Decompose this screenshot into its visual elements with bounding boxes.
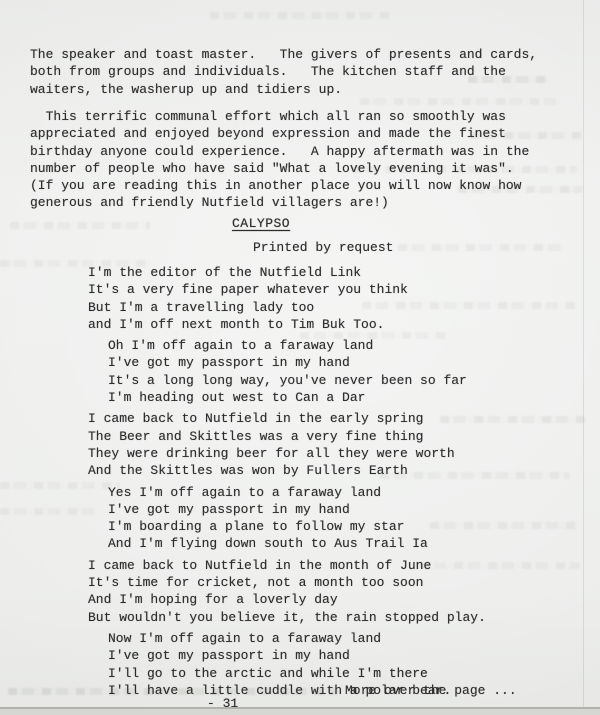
poem-stanza-verse: I came back to Nutfield in the early spr… [88, 410, 486, 479]
poem-stanza-chorus: Oh I'm off again to a faraway landI've g… [108, 337, 486, 406]
poem: I'm the editor of the Nutfield LinkIt's … [88, 264, 486, 699]
paragraph-line: appreciated and enjoyed beyond expressio… [30, 125, 529, 142]
paragraph-opening: The speaker and toast master. The givers… [30, 46, 537, 98]
footer-note: More over the page ... [345, 683, 517, 698]
poem-line: And I'm flying down south to Aus Trail I… [108, 535, 486, 552]
bleedthrough-smudge [360, 98, 560, 105]
bleedthrough-smudge [0, 508, 100, 515]
bleedthrough-smudge [210, 12, 390, 19]
poem-line: I came back to Nutfield in the month of … [88, 557, 486, 574]
paragraph-line: both from groups and individuals. The ki… [30, 63, 537, 80]
poem-line: I'll go to the arctic and while I'm ther… [108, 665, 486, 682]
poem-stanza-chorus: Yes I'm off again to a faraway landI've … [108, 484, 486, 553]
poem-line: I'm boarding a plane to follow my star [108, 518, 486, 535]
paragraph-line: generous and friendly Nutfield villagers… [30, 194, 529, 211]
poem-line: The Beer and Skittles was a very fine th… [88, 428, 486, 445]
poem-line: and I'm off next month to Tim Buk Too. [88, 316, 486, 333]
scanned-page: The speaker and toast master. The givers… [0, 0, 600, 715]
poem-line: And I'm hoping for a loverly day [88, 591, 486, 608]
poem-line: But I'm a travelling lady too [88, 299, 486, 316]
bleedthrough-smudge [10, 222, 150, 229]
bleedthrough-smudge [398, 244, 563, 251]
poem-line: I've got my passport in my hand [108, 354, 486, 371]
paragraph-communal-effort: This terrific communal effort which all … [30, 108, 529, 212]
paragraph-line: number of people who have said "What a l… [30, 160, 529, 177]
poem-stanza-verse: I'm the editor of the Nutfield LinkIt's … [88, 264, 486, 333]
poem-line: I came back to Nutfield in the early spr… [88, 410, 486, 427]
paragraph-line: (If you are reading this in another plac… [30, 177, 529, 194]
poem-line: Yes I'm off again to a faraway land [108, 484, 486, 501]
paragraph-line: waiters, the washerup up and tidiers up. [30, 81, 537, 98]
poem-line: I'm the editor of the Nutfield Link [88, 264, 486, 281]
poem-line: They were drinking beer for all they wer… [88, 445, 486, 462]
poem-stanza-verse: I came back to Nutfield in the month of … [88, 557, 486, 626]
poem-line: I've got my passport in my hand [108, 647, 486, 664]
page-bottom-edge [0, 707, 600, 715]
poem-line: Oh I'm off again to a faraway land [108, 337, 486, 354]
poem-line: I'm heading out west to Can a Dar [108, 389, 486, 406]
page-fold-line [583, 0, 584, 707]
section-heading: CALYPSO [232, 216, 290, 231]
poem-line: Now I'm off again to a faraway land [108, 630, 486, 647]
poem-line: It's a very fine paper whatever you thin… [88, 281, 486, 298]
paragraph-line: birthday anyone could experience. A happ… [30, 143, 529, 160]
poem-line: And the Skittles was won by Fullers Eart… [88, 462, 486, 479]
section-subheading: Printed by request [253, 240, 393, 255]
poem-line: It's a long long way, you've never been … [108, 372, 486, 389]
paragraph-line: This terrific communal effort which all … [30, 108, 529, 125]
paragraph-line: The speaker and toast master. The givers… [30, 46, 537, 63]
poem-line: I've got my passport in my hand [108, 501, 486, 518]
poem-line: But wouldn't you believe it, the rain st… [88, 609, 486, 626]
poem-line: It's time for cricket, not a month too s… [88, 574, 486, 591]
